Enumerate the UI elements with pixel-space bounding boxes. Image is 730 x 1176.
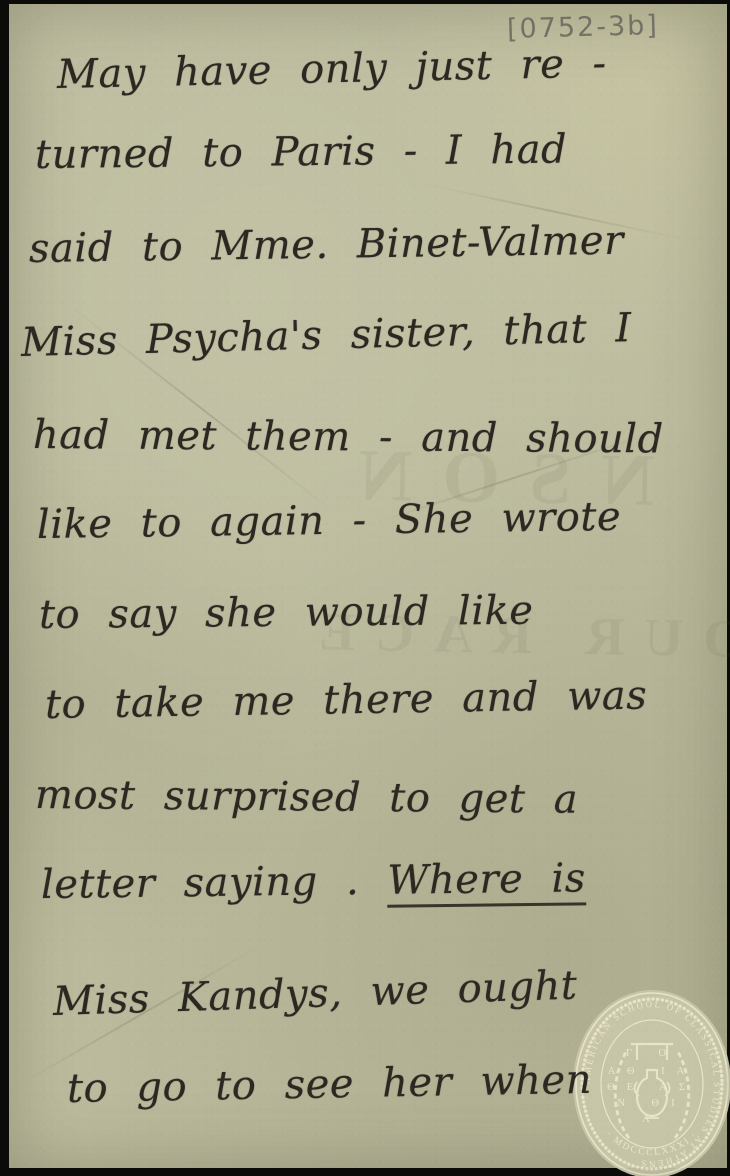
handwriting-line: had met them - and should	[33, 412, 664, 462]
seal-greek-letters: ΘΕ ΑΣ	[607, 1082, 697, 1093]
seal-greek-letters: Γ Ο	[626, 1048, 678, 1059]
letter-paper: NSON OUR RACE AMERICAN SCHOOL OF CLASSIC…	[9, 4, 727, 1168]
handwriting-line: May have only just re -	[57, 40, 608, 98]
handwriting-line: to go to see her when	[67, 1057, 593, 1112]
handwriting-line: to take me there and was	[45, 673, 648, 728]
handwriting-line: turned to Paris - I had	[35, 126, 568, 178]
handwriting-underlined-phrase: Where is	[387, 855, 586, 907]
seal-greek-letters: ΑΘ ΙΑ	[608, 1066, 696, 1077]
seal-greek-letters: Ν ΘΙ	[617, 1098, 686, 1109]
handwriting-line: letter saying . Where is	[41, 855, 586, 908]
handwriting-line: Miss Kandys, we ought	[52, 963, 578, 1025]
handwriting-line: like to again - She wrote	[37, 494, 622, 548]
handwriting-line: to say she would like	[39, 588, 534, 638]
handwriting-line: Miss Psycha's sister, that I	[20, 305, 632, 366]
handwriting-line: said to Mme. Binet-Valmer	[29, 218, 624, 272]
archival-note: [0752-3b]	[507, 10, 660, 45]
scanned-letter-page: NSON OUR RACE AMERICAN SCHOOL OF CLASSIC…	[0, 0, 730, 1176]
seal-greek-letters: Λ	[642, 1114, 662, 1125]
handwriting-line: most surprised to get a	[35, 772, 578, 823]
